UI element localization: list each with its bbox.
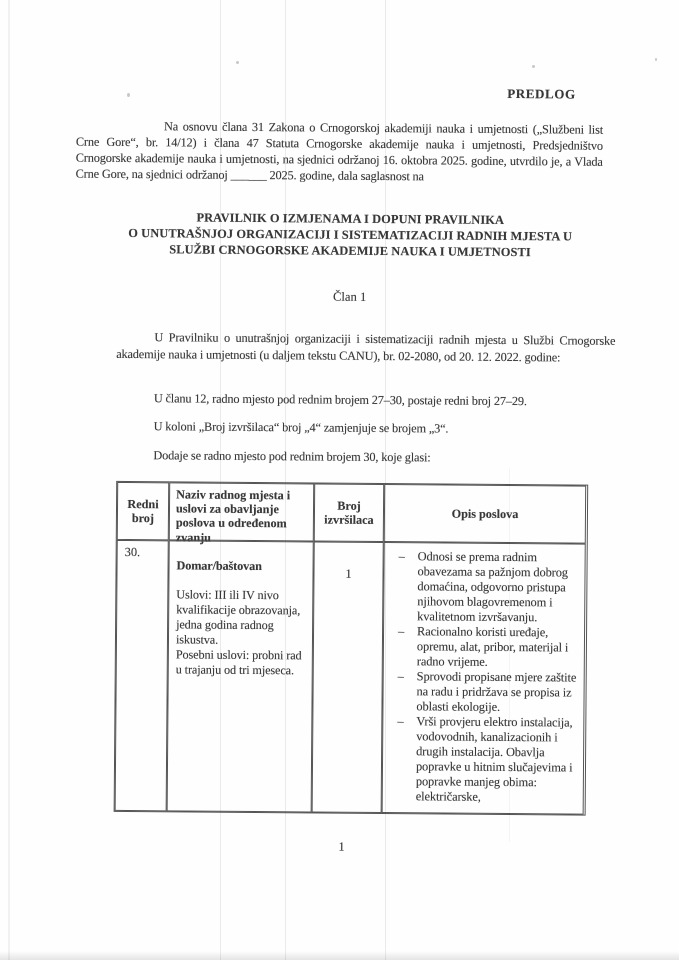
table-header-ordinal-number: Redni broj [117,482,169,540]
scan-speck [532,65,535,68]
paragraph-new-position: Dodaje se radno mjesto pod rednim brojem… [115,447,614,467]
duty-text: Vrši provjeru elektro instalacija, vodov… [416,714,580,805]
dash-bullet: – [397,714,417,804]
scan-speck [127,93,130,97]
table-cell-ordinal-number: 30. [115,540,169,811]
scan-speck [655,58,657,61]
duty-item: – Racionalno koristi uređaje, opremu, al… [398,624,580,670]
document-content: PREDLOG Na osnovu člana 31 Zakona o Crno… [0,0,679,960]
paragraph-executors-change: U koloni „Broj izvršilaca“ broj „4“ zamj… [116,418,615,438]
duty-text: Sprovodi propisane mjere zaštite na radu… [416,669,579,715]
page-number: 1 [338,840,344,855]
scan-fold-line [220,0,221,960]
draft-label: PREDLOG [507,86,576,103]
table-header-number-of-executors: Broj izvršilaca [314,483,384,542]
paragraph-amendment-intro: U Pravilniku o unutrašnjoj organizaciji … [116,329,615,365]
dash-bullet: – [397,669,416,714]
job-title: Domar/baštovan [177,558,308,574]
scan-fold-line [509,468,510,842]
dash-bullet: – [398,624,417,669]
table-cell-job-description: – Odnosi se prema radnim obavezama sa pa… [382,542,586,815]
scan-fold-line [385,0,386,960]
document-title: PRAVILNIK O IZMJENAMA I DOPUNI PRAVILNIK… [70,210,630,262]
table-cell-job-title-conditions: Domar/baštovan Uslovi: III ili IV nivo k… [167,540,314,812]
dash-bullet: – [398,549,418,624]
duty-text: Racionalno koristi uređaje, opremu, alat… [417,624,580,670]
scan-left-edge [8,0,10,960]
scanned-document-page: PREDLOG Na osnovu člana 31 Zakona o Crno… [0,0,679,960]
duty-item: – Sprovodi propisane mjere zaštite na ra… [397,669,579,715]
duty-item: – Vrši provjeru elektro instalacija, vod… [397,714,580,805]
article-heading: Član 1 [70,288,630,307]
table-cell-number-of-executors: 1 [312,541,384,813]
job-conditions: Uslovi: III ili IV nivo kvalifikacije ob… [176,587,307,648]
scan-speck [236,61,239,64]
intro-paragraph: Na osnovu člana 31 Zakona o Crnogorskoj … [76,118,603,186]
table-header-job-description: Opis poslova [384,484,586,544]
table-header-job-title-conditions: Naziv radnog mjesta i uslovi za obavljan… [169,482,314,541]
scan-bottom-edge [0,951,679,960]
duty-item: – Odnosi se prema radnim obavezama sa pa… [398,549,581,625]
job-positions-table: Redni broj Naziv radnog mjesta i uslovi … [114,481,589,816]
job-special-conditions: Posebni uslovi: probni rad u trajanju od… [176,647,307,678]
scan-fold-line [285,0,286,960]
duty-text: Odnosi se prema radnim obavezama sa pažn… [417,549,581,625]
paragraph-renumbering: U članu 12, radno mjesto pod rednim broj… [116,390,615,410]
